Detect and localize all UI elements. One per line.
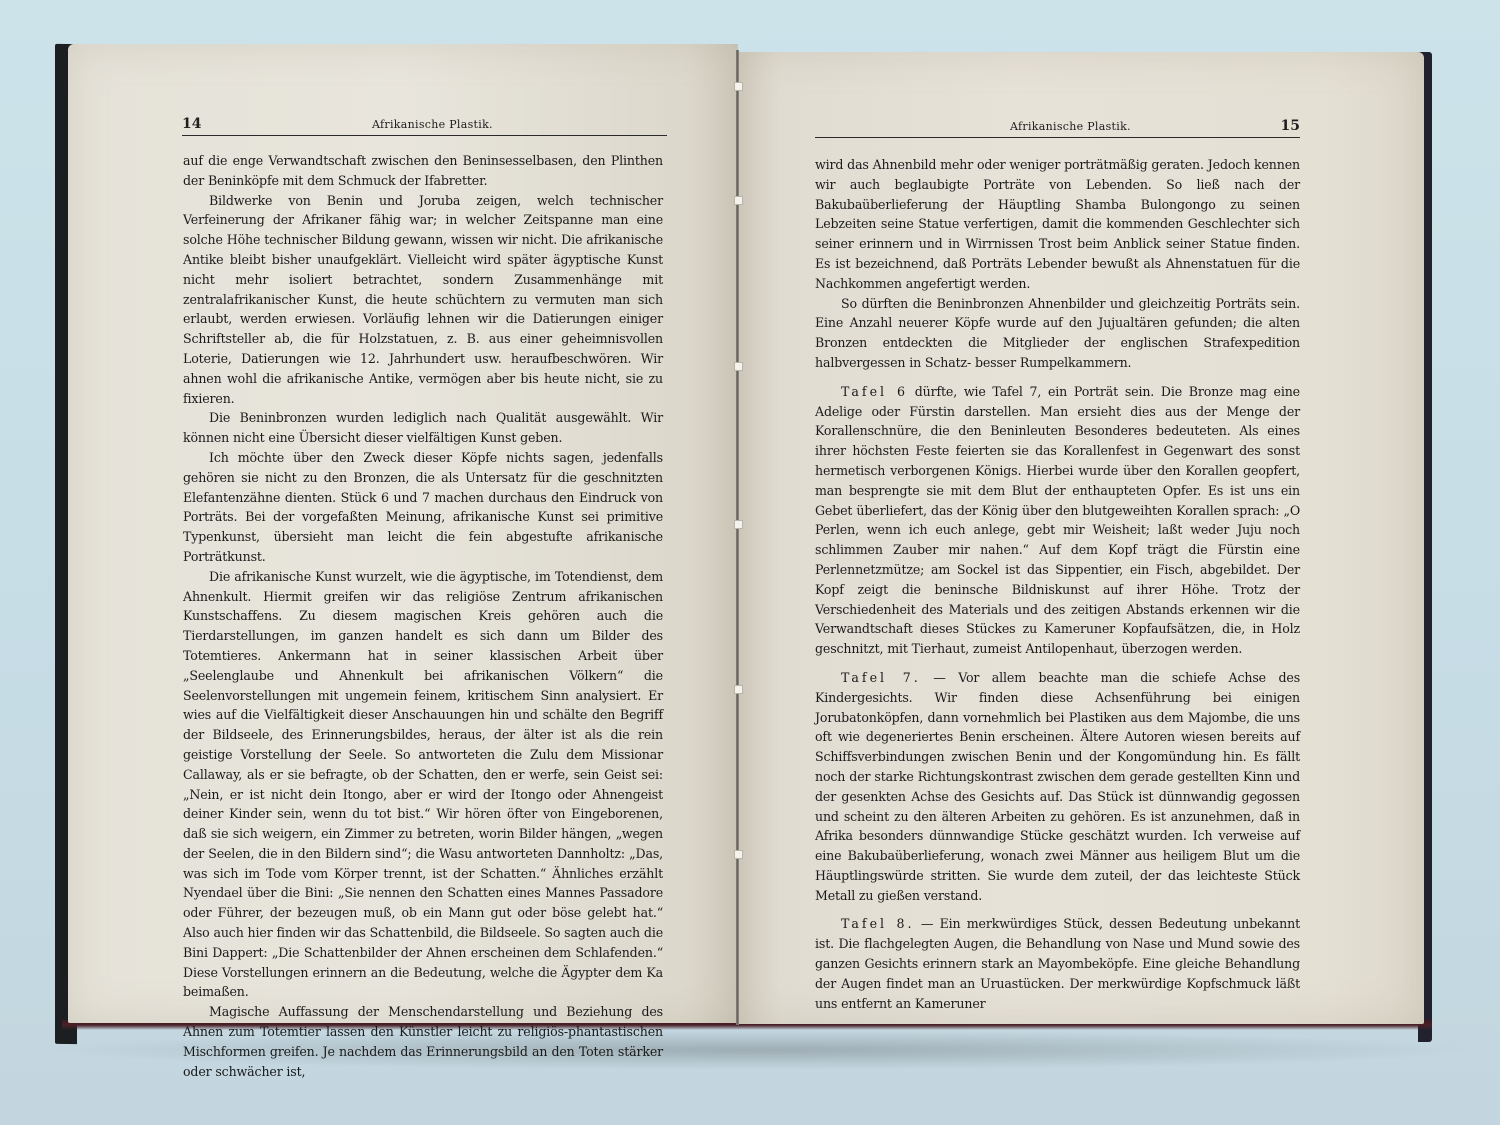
paragraph: So dürften die Beninbronzen Ahnenbilder … — [815, 294, 1300, 373]
left-page-header: 14 Afrikanische Plastik. — [182, 116, 667, 136]
left-page-body: auf die enge Verwandtschaft zwischen den… — [183, 151, 663, 1081]
paragraph: Die Beninbronzen wurden lediglich nach Q… — [183, 408, 663, 448]
plate-7-paragraph: Tafel 7. — Vor allem beachte man die sch… — [815, 668, 1300, 906]
paragraph: wird das Ahnenbild mehr oder weniger por… — [815, 155, 1300, 294]
binding-stitch — [734, 196, 743, 205]
plate-8-paragraph: Tafel 8. — Ein merkwürdiges Stück, desse… — [815, 914, 1300, 1013]
running-title: Afrikanische Plastik. — [1010, 120, 1131, 133]
plate-label: Tafel 7. — [841, 670, 921, 685]
paragraph-text: — Vor allem beachte man die schiefe Achs… — [815, 670, 1300, 903]
paragraph-text: dürfte, wie Tafel 7, ein Porträt sein. D… — [815, 384, 1300, 656]
right-page-header: Afrikanische Plastik. 15 — [815, 118, 1300, 138]
paragraph: Bildwerke von Benin und Joruba zeigen, w… — [183, 191, 663, 409]
page-number: 15 — [1281, 118, 1300, 134]
binding-stitch — [734, 82, 743, 91]
paragraph: Ich möchte über den Zweck dieser Köpfe n… — [183, 448, 663, 567]
right-page-body: wird das Ahnenbild mehr oder weniger por… — [815, 155, 1300, 1013]
running-title: Afrikanische Plastik. — [372, 118, 493, 131]
paragraph-text: wird das Ahnenbild mehr oder weniger por… — [815, 157, 1300, 291]
paragraph: Magische Auffassung der Menschendarstell… — [183, 1002, 663, 1081]
binding-stitch — [734, 362, 743, 371]
paragraph: auf die enge Verwandtschaft zwischen den… — [183, 151, 663, 191]
binding-stitch — [734, 685, 743, 694]
plate-label: Tafel 8. — [841, 916, 915, 931]
binding-stitch — [734, 850, 743, 859]
paragraph: Die afrikanische Kunst wurzelt, wie die … — [183, 567, 663, 1003]
plate-label: Tafel 6 — [841, 384, 908, 399]
plate-6-paragraph: Tafel 6 dürfte, wie Tafel 7, ein Porträt… — [815, 382, 1300, 659]
page-number: 14 — [182, 116, 201, 132]
paragraph-text: So dürften die Beninbronzen Ahnenbilder … — [815, 296, 1300, 370]
binding-stitch — [734, 520, 743, 529]
